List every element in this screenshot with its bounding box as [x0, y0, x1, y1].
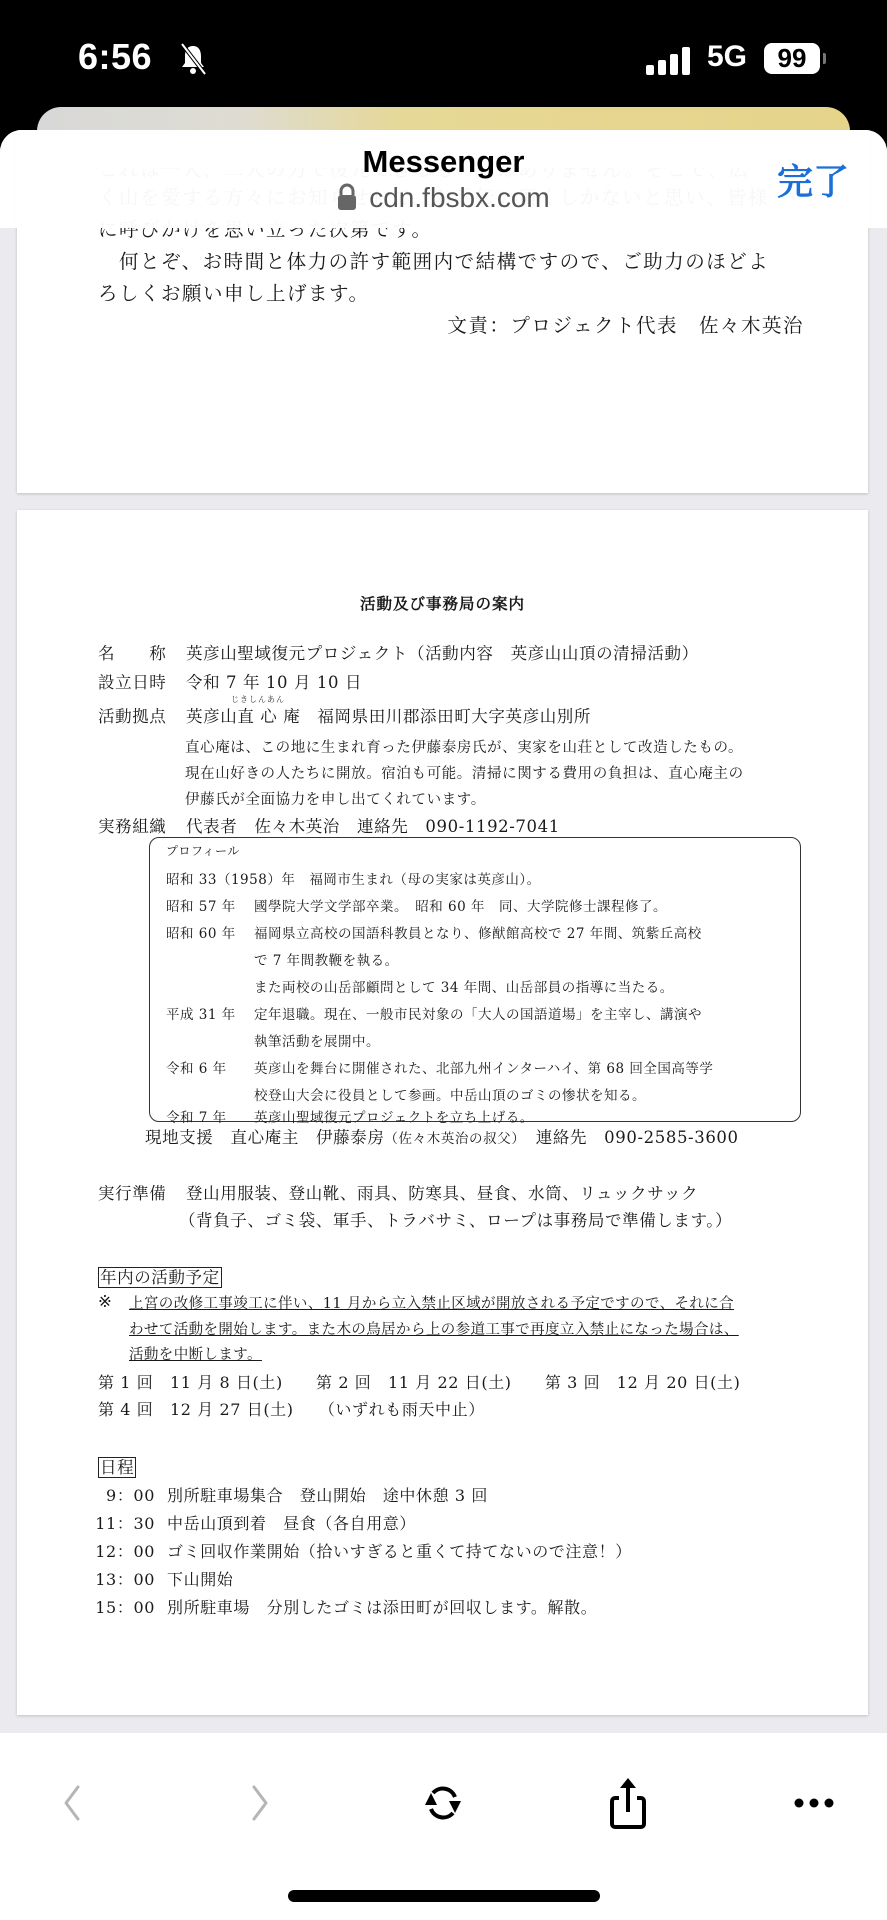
- info-row-base: 活動拠点英彦山直 心 庵 福岡県田川郡添田町大字英彦山別所: [98, 703, 591, 727]
- row-value: 代表者 佐々木英治 連絡先 090-1192-7041: [186, 817, 560, 836]
- schedule-item: 15：00別所駐車場 分別したゴミは添田町が回収します。解散。: [77, 1595, 597, 1618]
- battery-icon: 99: [764, 43, 820, 74]
- info-row-office: 実務組織代表者 佐々木英治 連絡先 090-1192-7041: [98, 813, 560, 837]
- schedule-item: 11：30中岳山頂到着 昼食（各自用意）: [77, 1511, 416, 1534]
- schedule-time: 11：30: [77, 1511, 155, 1534]
- reload-icon: [419, 1779, 467, 1827]
- profile-heading: プロフィール: [166, 842, 240, 859]
- done-button[interactable]: 完了: [777, 154, 849, 205]
- paragraph-line: 何とぞ、お時間と体力の許す範囲内で結構ですので、ご助力のほどよ: [98, 246, 798, 277]
- row-value: 英彦山聖域復元プロジェクト（活動内容 英彦山山頂の清掃活動）: [186, 644, 699, 663]
- notice-line: 上宮の改修工事竣工に伴い、11 月から立入禁止区域が開放される予定ですので、それ…: [129, 1292, 734, 1313]
- document-page-2: 活動及び事務局の案内 名 称英彦山聖域復元プロジェクト（活動内容 英彦山山頂の清…: [17, 510, 868, 1715]
- profile-entry: 昭和 33（1958）年 福岡市生まれ（母の実家は英彦山）。: [166, 868, 541, 888]
- notice-line: 活動を中断します。: [129, 1343, 262, 1364]
- row-label: 設立日時: [98, 669, 186, 693]
- profile-text: 福岡県立高校の国語科教員となり、修猷館高校で 27 年間、筑紫丘高校: [254, 926, 702, 942]
- url-row: cdn.fbsbx.com: [0, 182, 887, 214]
- profile-year: 令和 7 年: [166, 1106, 254, 1126]
- bell-slash-icon: [178, 42, 208, 76]
- document-viewport[interactable]: これは一人、二人の力で復元できるものではありません。そこで、広 く山を愛する方々…: [0, 130, 887, 1733]
- web-sheet: これは一人、二人の力で復元できるものではありません。そこで、広 く山を愛する方々…: [0, 130, 887, 1920]
- notice-mark: ※: [98, 1292, 112, 1311]
- ruby-base: 直 心 庵: [237, 707, 300, 726]
- info-row-preparation: 実行準備登山用服装、登山靴、雨具、防寒具、昼食、水筒、リュックサック: [98, 1180, 698, 1204]
- profile-year: 昭和 57 年: [166, 895, 254, 915]
- row-label: 実務組織: [98, 813, 186, 837]
- base-description-line: 直心庵は、この地に生まれ育った伊藤泰房氏が、実家を山荘として改造したもの。: [185, 736, 743, 757]
- schedule-text: 中岳山頂到着 昼食（各自用意）: [167, 1514, 416, 1533]
- row-value-address: 福岡県田川郡添田町大字英彦山別所: [300, 707, 591, 726]
- more-button[interactable]: [784, 1773, 844, 1833]
- chevron-right-icon: [248, 1784, 272, 1822]
- status-bar: 6:56 5G 99: [0, 0, 887, 110]
- info-row-founded: 設立日時令和 7 年 10 月 10 日: [98, 669, 362, 693]
- share-button[interactable]: [598, 1773, 658, 1833]
- profile-year: 令和 6 年: [166, 1057, 254, 1077]
- paragraph-line: ろしくお願い申し上げます。: [98, 278, 798, 309]
- section-heading: 日程: [98, 1457, 136, 1478]
- chevron-left-icon: [60, 1784, 84, 1822]
- section-heading: 年内の活動予定: [98, 1267, 222, 1288]
- yearly-plan-heading: 年内の活動予定: [98, 1264, 222, 1288]
- profile-year: 昭和 33（1958）年: [166, 872, 295, 888]
- reload-button[interactable]: [413, 1773, 473, 1833]
- base-description-line: 現在山好きの人たちに開放。宿泊も可能。清掃に関する費用の負担は、直心庵主の: [185, 762, 744, 783]
- row-label: 活動拠点: [98, 703, 186, 727]
- preparation-note: （背負子、ゴミ袋、軍手、トラバサミ、ロープは事務局で準備します。）: [179, 1207, 732, 1231]
- info-row-local-support: 現地支援 直心庵主 伊藤泰房（佐々木英治の叔父） 連絡先 090-2585-36…: [145, 1124, 739, 1148]
- row-note: （佐々木英治の叔父）: [384, 1131, 518, 1147]
- share-icon: [607, 1776, 649, 1830]
- signal-icon: [646, 47, 694, 75]
- profile-text: 定年退職。現在、一般市民対象の「大人の国語道場」を主宰し、講演や: [254, 1007, 702, 1023]
- profile-entry: 平成 31 年定年退職。現在、一般市民対象の「大人の国語道場」を主宰し、講演や: [166, 1003, 702, 1023]
- profile-continuation: で 7 年間教鞭を執る。: [254, 949, 399, 969]
- battery-tip: [823, 53, 826, 64]
- base-description-line: 伊藤氏が全面協力を申し出てくれています。: [185, 788, 486, 809]
- schedule-time: 13：00: [77, 1567, 155, 1590]
- schedule-text: 下山開始: [167, 1570, 233, 1589]
- schedule-text: ゴミ回収作業開始（拾いすぎると重くて持てないので注意！）: [167, 1542, 632, 1561]
- schedule-item: 12：00ゴミ回収作業開始（拾いすぎると重くて持てないので注意！）: [77, 1539, 632, 1562]
- sessions-line: 第 1 回 11 月 8 日(土) 第 2 回 11 月 22 日(土) 第 3…: [98, 1370, 740, 1393]
- back-button[interactable]: [42, 1773, 102, 1833]
- row-value: 令和 7 年 10 月 10 日: [186, 673, 362, 692]
- profile-continuation: 校登山大会に役員として参画。中岳山頂のゴミの惨状を知る。: [254, 1084, 646, 1104]
- network-label: 5G: [707, 40, 747, 74]
- profile-entry: 令和 6 年英彦山を舞台に開催された、北部九州インターハイ、第 68 回全国高等…: [166, 1057, 713, 1077]
- row-label: 現地支援: [145, 1128, 213, 1147]
- profile-entry: 昭和 60 年福岡県立高校の国語科教員となり、修猷館高校で 27 年間、筑紫丘高…: [166, 922, 702, 942]
- schedule-text: 別所駐車場集合 登山開始 途中休憩 3 回: [167, 1486, 488, 1505]
- profile-text: 福岡市生まれ（母の実家は英彦山）。: [309, 872, 540, 888]
- row-value: 登山用服装、登山靴、雨具、防寒具、昼食、水筒、リュックサック: [186, 1184, 698, 1203]
- profile-entry: 昭和 57 年國學院大学文学部卒業。 昭和 60 年 同、大学院修士課程修了。: [166, 895, 667, 915]
- ellipsis-icon: [794, 1797, 834, 1809]
- sheet-header: Messenger cdn.fbsbx.com 完了: [0, 130, 887, 228]
- profile-box: プロフィール 昭和 33（1958）年 福岡市生まれ（母の実家は英彦山）。 昭和…: [149, 837, 801, 1122]
- schedule-time: 9：00: [77, 1483, 155, 1506]
- schedule-time: 15：00: [77, 1595, 155, 1618]
- row-label: 実行準備: [98, 1180, 186, 1204]
- schedule-heading: 日程: [98, 1454, 136, 1478]
- forward-button[interactable]: [230, 1773, 290, 1833]
- notice-line: わせて活動を開始します。また木の鳥居から上の参道工事で再度立入禁止になった場合は…: [129, 1318, 739, 1339]
- profile-entry: 令和 7 年英彦山聖域復元プロジェクトを立ち上げる。: [166, 1106, 534, 1126]
- document-title: 活動及び事務局の案内: [17, 592, 868, 614]
- sessions-line: 第 4 回 12 月 27 日(土) （いずれも雨天中止）: [98, 1397, 485, 1420]
- schedule-item: 13：00下山開始: [77, 1567, 233, 1590]
- info-row-name: 名 称英彦山聖域復元プロジェクト（活動内容 英彦山山頂の清掃活動）: [98, 640, 699, 664]
- page-url: cdn.fbsbx.com: [369, 182, 550, 213]
- home-indicator[interactable]: [288, 1890, 600, 1902]
- profile-continuation: また両校の山岳部顧問として 34 年間、山岳部員の指導に当たる。: [254, 976, 674, 996]
- lock-icon: [337, 183, 357, 211]
- profile-year: 昭和 60 年: [166, 922, 254, 942]
- schedule-item: 9：00別所駐車場集合 登山開始 途中休憩 3 回: [77, 1483, 488, 1506]
- schedule-time: 12：00: [77, 1539, 155, 1562]
- profile-text: 英彦山を舞台に開催された、北部九州インターハイ、第 68 回全国高等学: [254, 1061, 713, 1077]
- schedule-text: 別所駐車場 分別したゴミは添田町が回収します。解散。: [167, 1598, 597, 1617]
- profile-text: 國學院大学文学部卒業。 昭和 60 年 同、大学院修士課程修了。: [254, 899, 667, 915]
- row-value: 英彦山: [186, 707, 237, 726]
- row-label: 名 称: [98, 640, 186, 664]
- signature: 文責：プロジェクト代表 佐々木英治: [447, 310, 804, 338]
- status-time: 6:56: [78, 36, 152, 78]
- battery-level: 99: [778, 43, 807, 73]
- profile-year: 平成 31 年: [166, 1003, 254, 1023]
- row-value: 直心庵主 伊藤泰房: [231, 1128, 385, 1147]
- row-contact: 連絡先 090-2585-3600: [536, 1128, 739, 1147]
- profile-continuation: 執筆活動を展開中。: [254, 1030, 380, 1050]
- sheet-title: Messenger: [0, 144, 887, 180]
